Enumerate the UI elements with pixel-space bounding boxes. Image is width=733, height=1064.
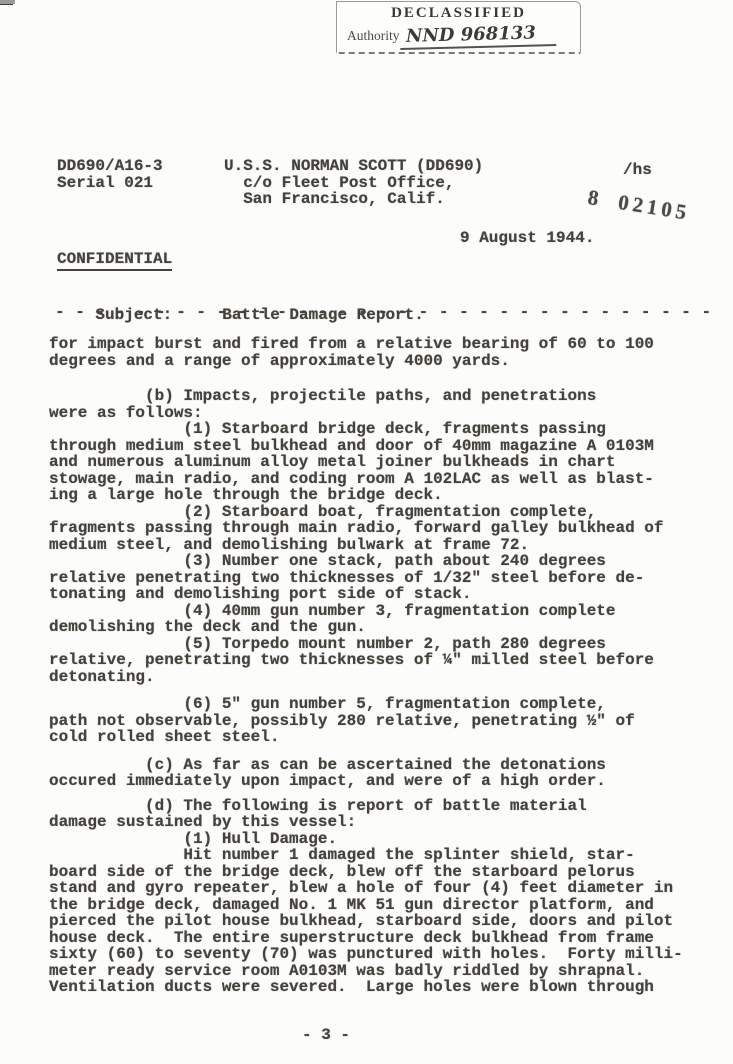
- body-line: tonating and demolishing port side of st…: [49, 586, 719, 603]
- declassified-title: DECLASSIFIED: [337, 5, 580, 22]
- body-line: pierced the pilot house bulkhead, starbo…: [49, 913, 719, 930]
- scan-edge-mark: [0, 0, 15, 4]
- body-line: (d) The following is report of battle ma…: [49, 798, 719, 815]
- body-line: degrees and a range of approximately 400…: [49, 353, 719, 370]
- declassified-stamp: DECLASSIFIED Authority NND 968133: [336, 1, 581, 54]
- body-paragraph: for impact burst and fired from a relati…: [49, 336, 719, 369]
- body-paragraph: (c) As far as can be ascertained the det…: [49, 757, 719, 790]
- body-line: demolishing the deck and the gun.: [49, 619, 719, 636]
- file-reference: DD690/A16-3: [57, 158, 163, 175]
- body-line: Ventilation ducts were severed. Large ho…: [49, 979, 719, 996]
- body-line: (1) Hull Damage.: [49, 831, 719, 848]
- declassified-authority-row: Authority NND 968133: [347, 24, 580, 48]
- address-line: San Francisco, Calif.: [224, 191, 483, 208]
- body-line: (1) Starboard bridge deck, fragments pas…: [49, 421, 719, 438]
- ship-name: U.S.S. NORMAN SCOTT (DD690): [224, 158, 483, 175]
- declassified-authority-value: NND 968133: [399, 22, 556, 50]
- body-line: stowage, main radio, and coding room A 1…: [49, 471, 719, 488]
- body-line: Hit number 1 damaged the splinter shield…: [49, 847, 719, 864]
- received-number-stamp: 8 02105: [586, 185, 692, 226]
- body-line: stand and gyro repeater, blew a hole of …: [49, 880, 719, 897]
- document-date: 9 August 1944.: [460, 229, 594, 247]
- body-paragraph: (d) The following is report of battle ma…: [49, 798, 719, 996]
- body-line: board side of the bridge deck, blew off …: [49, 864, 719, 881]
- body-paragraph: (6) 5" gun number 5, fragmentation compl…: [49, 696, 719, 746]
- body-line: (b) Impacts, projectile paths, and penet…: [49, 388, 719, 405]
- body-line: cold rolled sheet steel.: [49, 729, 719, 746]
- body-line: (6) 5" gun number 5, fragmentation compl…: [49, 696, 719, 713]
- body-line: were as follows:: [49, 405, 719, 422]
- body-line: damage sustained by this vessel:: [49, 814, 719, 831]
- body-line: relative penetrating two thicknesses of …: [49, 570, 719, 587]
- subject-separator: - - - - - - - - - - - - - - - - - - - - …: [55, 303, 715, 321]
- body-line: path not observable, possibly 280 relati…: [49, 713, 719, 730]
- file-reference-block: DD690/A16-3 Serial 021: [57, 158, 163, 191]
- body-line: fragments passing through main radio, fo…: [49, 520, 719, 537]
- body-paragraph: (b) Impacts, projectile paths, and penet…: [49, 388, 719, 685]
- body-line: meter ready service room A0103M was badl…: [49, 963, 719, 980]
- body-line: occured immediately upon impact, and wer…: [49, 773, 719, 790]
- body-line: house deck. The entire superstructure de…: [49, 930, 719, 947]
- body-line: medium steel, and demolishing bulwark at…: [49, 537, 719, 554]
- body-line: sixty (60) to seventy (70) was punctured…: [49, 946, 719, 963]
- body-line: and numerous aluminum alloy metal joiner…: [49, 454, 719, 471]
- declassified-authority-label: Authority: [347, 28, 400, 44]
- body-line: (5) Torpedo mount number 2, path 280 deg…: [49, 636, 719, 653]
- address-line: c/o Fleet Post Office,: [224, 175, 483, 192]
- page-number: - 3 -: [302, 1026, 350, 1044]
- body-line: through medium steel bulkhead and door o…: [49, 438, 719, 455]
- body-line: for impact burst and fired from a relati…: [49, 336, 719, 353]
- serial-number: Serial 021: [57, 175, 163, 192]
- body-line: (3) Number one stack, path about 240 deg…: [49, 553, 719, 570]
- typist-initials: /hs: [623, 161, 652, 179]
- document-body: for impact burst and fired from a relati…: [49, 336, 719, 996]
- body-line: the bridge deck, damaged No. 1 MK 51 gun…: [49, 897, 719, 914]
- body-line: ing a large hole through the bridge deck…: [49, 487, 719, 504]
- body-line: detonating.: [49, 669, 719, 686]
- classification-label: CONFIDENTIAL: [57, 250, 172, 271]
- document-page: DECLASSIFIED Authority NND 968133 DD690/…: [0, 0, 733, 1064]
- letterhead-address: U.S.S. NORMAN SCOTT (DD690) c/o Fleet Po…: [224, 158, 483, 208]
- body-line: (4) 40mm gun number 3, fragmentation com…: [49, 603, 719, 620]
- body-line: (c) As far as can be ascertained the det…: [49, 757, 719, 774]
- body-line: (2) Starboard boat, fragmentation comple…: [49, 504, 719, 521]
- body-line: relative, penetrating two thicknesses of…: [49, 652, 719, 669]
